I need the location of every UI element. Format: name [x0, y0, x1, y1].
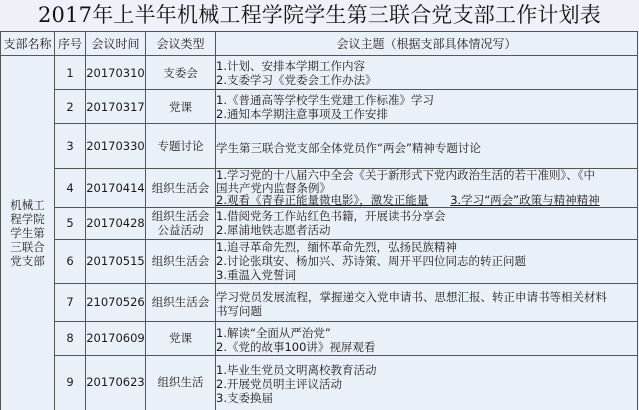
- topic-line: 1.毕业生党员文明离校教育活动: [216, 363, 637, 377]
- topic-line: 学习党员发展流程，掌握递交入党申请书、思想汇报、转正申请书等相关材料: [216, 290, 637, 304]
- table-row: 2 20170317 党课 1.《普通高等学校学生党建工作标准》学习 2.通知本…: [1, 90, 638, 124]
- meeting-date: 20170428: [86, 207, 146, 239]
- meeting-topic: 1.学习党的十八届六中全会《关于新形式下党内政治生活的若干准则》、《中 国共产党…: [216, 169, 638, 208]
- row-number: 1: [55, 56, 86, 90]
- meeting-topic: 1.解读“全面从严治党” 2.《党的故事100讲》视屏观看: [216, 321, 638, 355]
- topic-line: 1.《普通高等学校学生党建工作标准》学习: [216, 93, 637, 107]
- topic-line: 2.通知本学期注意事项及工作安排: [216, 107, 637, 121]
- table-row: 8 20170609 党课 1.解读“全面从严治党” 2.《党的故事100讲》视…: [1, 321, 638, 355]
- table-header-row: 支部名称 序号 会议时间 会议类型 会议主题（根据支部具体情况写）: [1, 32, 638, 56]
- meeting-topic: 学习党员发展流程，掌握递交入党申请书、思想汇报、转正申请书等相关材料 书写问题: [216, 283, 638, 321]
- meeting-type-line: 组织生活会: [146, 254, 215, 268]
- header-number: 序号: [55, 32, 86, 56]
- meeting-type-line: 专题讨论: [146, 139, 215, 153]
- meeting-type-line: 组织生活会: [146, 209, 215, 223]
- topic-line: 2.犀浦地铁志愿者活动: [216, 223, 637, 237]
- meeting-topic: 1.追寻革命先烈，缅怀革命先烈，弘扬民族精神 2.讨论张琪安、杨加兴、苏诗策、周…: [216, 239, 638, 283]
- meeting-type: 党课: [146, 90, 216, 124]
- meeting-type-line: 组织生活: [146, 375, 215, 389]
- topic-line-combined: 2.观看《青春正能量微电影》，激发正能量3.学习“两会”政策与精神精神: [216, 194, 637, 207]
- topic-line: 书写问题: [216, 304, 637, 318]
- meeting-date: 20170515: [86, 239, 146, 283]
- meeting-type: 组织生活会: [146, 283, 216, 321]
- topic-line: 3.支委换届: [216, 391, 637, 405]
- row-number: 5: [55, 207, 86, 239]
- table-row: 4 20170414 组织生活会 1.学习党的十八届六中全会《关于新形式下党内政…: [1, 169, 638, 208]
- meeting-topic: 1.毕业生党员文明离校教育活动 2.开展党员明主评议活动 3.支委换届: [216, 355, 638, 410]
- meeting-type: 组织生活: [146, 355, 216, 410]
- meeting-type: 支委会: [146, 56, 216, 90]
- meeting-type: 组织生活会: [146, 169, 216, 208]
- row-number: 6: [55, 239, 86, 283]
- meeting-type-line: 组织生活会: [146, 181, 215, 195]
- table-row: 6 20170515 组织生活会 1.追寻革命先烈，缅怀革命先烈，弘扬民族精神 …: [1, 239, 638, 283]
- row-number: 3: [55, 124, 86, 169]
- table-row: 7 21070526 组织生活会 学习党员发展流程，掌握递交入党申请书、思想汇报…: [1, 283, 638, 321]
- row-number: 8: [55, 321, 86, 355]
- topic-line: 2.《党的故事100讲》视屏观看: [216, 340, 637, 354]
- meeting-date: 21070526: [86, 283, 146, 321]
- meeting-date: 20170310: [86, 56, 146, 90]
- header-meeting-time: 会议时间: [86, 32, 146, 56]
- meeting-type-line: 公益活动: [146, 223, 215, 237]
- topic-line: 1.追寻革命先烈，缅怀革命先烈，弘扬民族精神: [216, 240, 637, 254]
- meeting-topic: 1.借阅党务工作站红色书籍，开展读书分享会 2.犀浦地铁志愿者活动: [216, 207, 638, 239]
- meeting-topic: 1.计划、安排本学期工作内容 2.支委学习《党委会工作办法》: [216, 56, 638, 90]
- meeting-date: 20170317: [86, 90, 146, 124]
- topic-line: 1.计划、安排本学期工作内容: [216, 59, 637, 73]
- topic-line: 2.讨论张琪安、杨加兴、苏诗策、周开平四位同志的转正问题: [216, 254, 637, 268]
- topic-line: 2.开展党员明主评议活动: [216, 377, 637, 391]
- row-number: 4: [55, 169, 86, 208]
- meeting-topic: 学生第三联合党支部全体党员作“两会”精神专题讨论: [216, 124, 638, 169]
- meeting-type: 专题讨论: [146, 124, 216, 169]
- branch-name-cell: 机械工 程学院 学生第 三联合 党支部: [1, 56, 55, 410]
- table-row: 3 20170330 专题讨论 学生第三联合党支部全体党员作“两会”精神专题讨论: [1, 124, 638, 169]
- meeting-type: 组织生活会 公益活动: [146, 207, 216, 239]
- branch-name-line: 程学院: [1, 212, 54, 226]
- work-plan-table: 支部名称 序号 会议时间 会议类型 会议主题（根据支部具体情况写） 机械工 程学…: [0, 31, 638, 410]
- meeting-date: 20170330: [86, 124, 146, 169]
- meeting-type-line: 党课: [146, 100, 215, 114]
- meeting-type: 党课: [146, 321, 216, 355]
- header-meeting-topic: 会议主题（根据支部具体情况写）: [216, 32, 638, 56]
- header-meeting-type: 会议类型: [146, 32, 216, 56]
- table-row: 9 20170623 组织生活 1.毕业生党员文明离校教育活动 2.开展党员明主…: [1, 355, 638, 410]
- row-number: 7: [55, 283, 86, 321]
- topic-line: 3.重温入党誓词: [216, 268, 637, 282]
- row-number: 9: [55, 355, 86, 410]
- header-branch-name: 支部名称: [1, 32, 55, 56]
- meeting-type: 组织生活会: [146, 239, 216, 283]
- table-row: 5 20170428 组织生活会 公益活动 1.借阅党务工作站红色书籍，开展读书…: [1, 207, 638, 239]
- topic-line: 1.解读“全面从严治党”: [216, 326, 637, 340]
- row-number: 2: [55, 90, 86, 124]
- topic-line: 1.学习党的十八届六中全会《关于新形式下党内政治生活的若干准则》、《中: [216, 169, 637, 182]
- page-title: 2017年上半年机械工程学院学生第三联合党支部工作计划表: [0, 0, 639, 31]
- topic-line: 2.观看《青春正能量微电影》，激发正能量: [216, 193, 428, 207]
- branch-name-line: 机械工: [1, 198, 54, 212]
- topic-line: 3.学习“两会”政策与精神精神: [450, 193, 599, 207]
- meeting-topic: 1.《普通高等学校学生党建工作标准》学习 2.通知本学期注意事项及工作安排: [216, 90, 638, 124]
- meeting-date: 20170609: [86, 321, 146, 355]
- branch-name-line: 三联合: [1, 240, 54, 254]
- topic-line: 学生第三联合党支部全体党员作“两会”精神专题讨论: [216, 141, 637, 155]
- meeting-date: 20170414: [86, 169, 146, 208]
- branch-name-line: 学生第: [1, 226, 54, 240]
- meeting-type-line: 党课: [146, 331, 215, 345]
- table-row: 机械工 程学院 学生第 三联合 党支部 1 20170310 支委会 1.计划、…: [1, 56, 638, 90]
- topic-line: 1.借阅党务工作站红色书籍，开展读书分享会: [216, 209, 637, 223]
- meeting-date: 20170623: [86, 355, 146, 410]
- meeting-type-line: 支委会: [146, 66, 215, 80]
- branch-name-line: 党支部: [1, 254, 54, 268]
- topic-line: 2.支委学习《党委会工作办法》: [216, 73, 637, 87]
- meeting-type-line: 组织生活会: [146, 295, 215, 309]
